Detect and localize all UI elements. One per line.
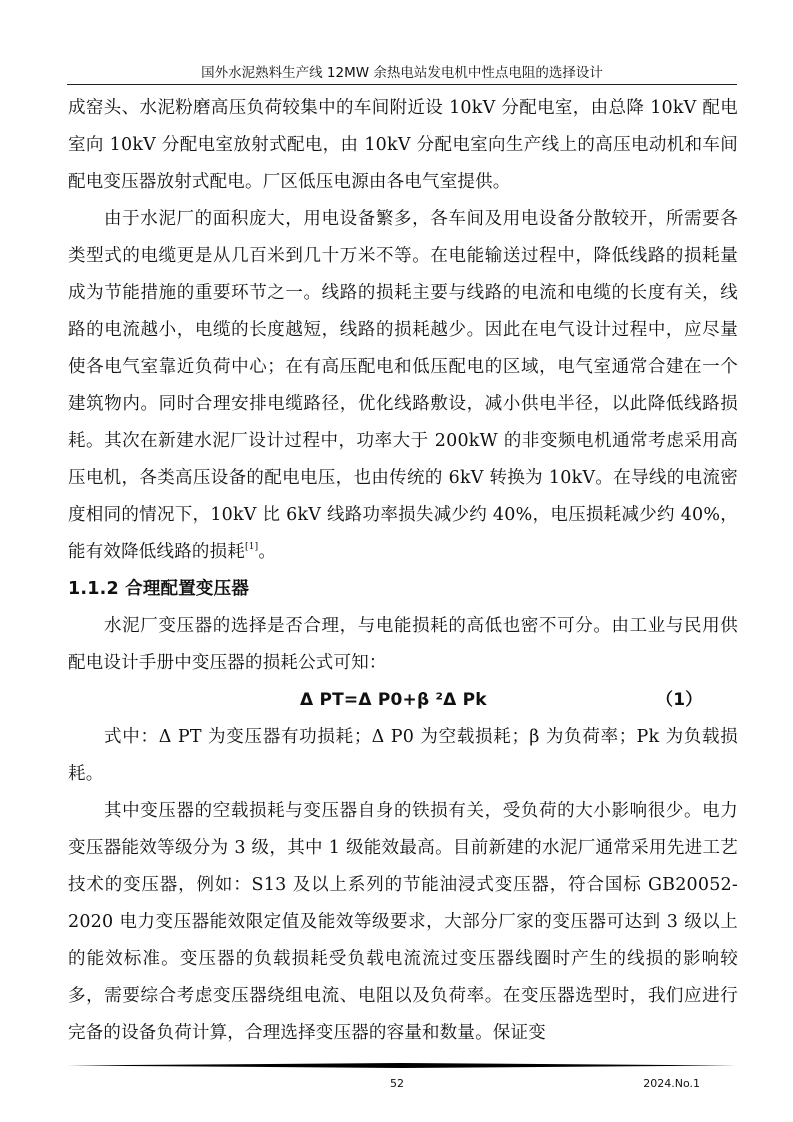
paragraph: 式中：Δ PT 为变压器有功损耗；Δ P0 为空载损耗；β 为负荷率；Pk 为负…: [68, 719, 738, 793]
article-body: 成窑头、水泥粉磨高压负荷较集中的车间附近设 10kV 分配电室，由总降 10kV…: [68, 90, 738, 1052]
paragraph: 水泥厂变压器的选择是否合理，与电能损耗的高低也密不可分。由工业与民用供配电设计手…: [68, 608, 738, 682]
equation-number: （1）: [656, 682, 702, 719]
running-title: 国外水泥熟料生产线 12MW 余热电站发电机中性点电阻的选择设计: [201, 65, 603, 81]
paragraph-tail: 。: [258, 542, 276, 562]
page-number: 52: [386, 1077, 408, 1090]
footer-divider: [67, 1063, 737, 1068]
equation: Δ PT=Δ P0+β ²Δ Pk （1）: [68, 682, 738, 719]
section-heading: 1.1.2 合理配置变压器: [68, 571, 738, 608]
paragraph: 成窑头、水泥粉磨高压负荷较集中的车间附近设 10kV 分配电室，由总降 10kV…: [68, 90, 738, 201]
paragraph: 其中变压器的空载损耗与变压器自身的铁损有关，受负荷的大小影响很少。电力变压器能效…: [68, 793, 738, 1052]
running-header: 国外水泥熟料生产线 12MW 余热电站发电机中性点电阻的选择设计: [67, 64, 737, 85]
issue-label: 2024.No.1: [620, 1077, 700, 1090]
equation-expression: Δ PT=Δ P0+β ²Δ Pk: [300, 682, 487, 719]
citation-ref[interactable]: [1]: [245, 542, 258, 552]
paragraph-text: 由于水泥厂的面积庞大，用电设备繁多，各车间及用电设备分散较开，所需要各类型式的电…: [68, 209, 738, 562]
paragraph: 由于水泥厂的面积庞大，用电设备繁多，各车间及用电设备分散较开，所需要各类型式的电…: [68, 201, 738, 571]
